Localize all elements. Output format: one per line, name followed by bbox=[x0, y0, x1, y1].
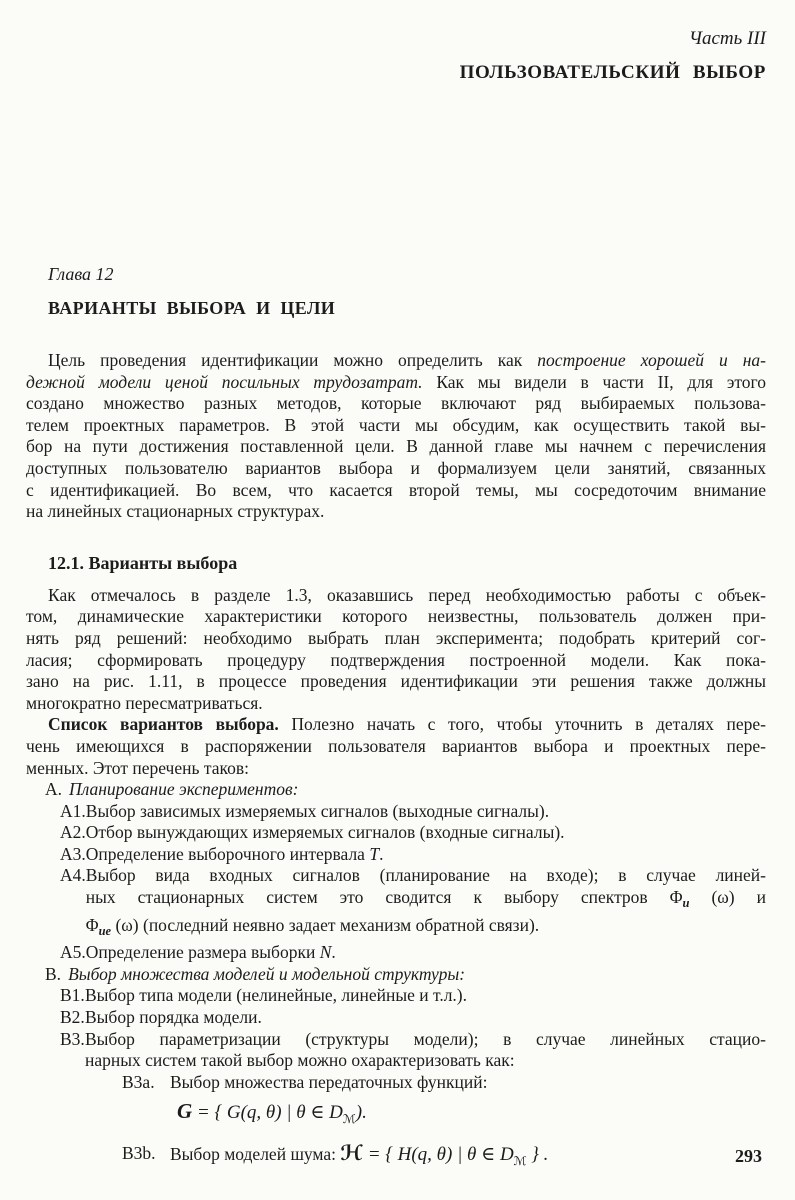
paragraph-line: Цель проведения идентификации можно опре… bbox=[26, 350, 766, 372]
item-text-part: (ω) (последний неявно задает механизм об… bbox=[111, 915, 539, 935]
item-label: А2. bbox=[60, 822, 86, 844]
item-text-part: ных стационарных систем это сводится к в… bbox=[86, 887, 683, 907]
paragraph-line: чень имеющихся в распоряжении пользовате… bbox=[26, 736, 766, 758]
paragraph-line: зано на рис. 1.11, в процессе проведения… bbox=[26, 671, 766, 693]
item-text: Выбор моделей шума: ℋ = { H(q, θ) | θ ∈ … bbox=[170, 1143, 766, 1173]
item-label: В1. bbox=[60, 985, 85, 1007]
paragraph-line: телем проектных параметров. В этой части… bbox=[26, 415, 766, 437]
item-line: ных стационарных систем это сводится к в… bbox=[86, 887, 766, 915]
list-item-a: А.Планирование экспериментов: bbox=[45, 779, 766, 801]
item-text: Выбор зависимых измеряемых сигналов (вых… bbox=[86, 801, 766, 823]
item-line: Выбор вида входных сигналов (планировани… bbox=[86, 865, 766, 887]
item-text: Определение размера выборки N. bbox=[86, 942, 766, 964]
formula-part: { G(q, θ) | θ ∈ D bbox=[215, 1102, 343, 1123]
book-page: Часть III ПОЛЬЗОВАТЕЛЬСКИЙ ВЫБОР Глава 1… bbox=[0, 0, 795, 1200]
choice-list-paragraph: Список вариантов выбора. Полезно начать … bbox=[26, 714, 766, 779]
item-text-part: (ω) и bbox=[689, 887, 766, 907]
item-text: Выбор порядка модели. bbox=[85, 1007, 766, 1029]
item-text-part: . bbox=[331, 942, 335, 962]
page-content: Часть III ПОЛЬЗОВАТЕЛЬСКИЙ ВЫБОР Глава 1… bbox=[26, 0, 766, 1173]
list-item-a3: А3. Определение выборочного интервала T. bbox=[60, 844, 766, 866]
item-text: Выбор типа модели (нелинейные, линейные … bbox=[85, 985, 766, 1007]
item-text: Отбор вынуждающих измеряемых сигналов (в… bbox=[86, 822, 766, 844]
item-line: Φue (ω) (последний неявно задает механиз… bbox=[86, 915, 766, 943]
item-text: Выбор множества передаточных функций: bbox=[170, 1072, 766, 1094]
item-title: Выбор множества моделей и модельной стру… bbox=[68, 964, 465, 984]
formula-part: = bbox=[192, 1102, 214, 1123]
list-item-a1: А1. Выбор зависимых измеряемых сигналов … bbox=[60, 801, 766, 823]
math-var-T: T bbox=[369, 844, 379, 864]
part-title: ПОЛЬЗОВАТЕЛЬСКИЙ ВЫБОР bbox=[26, 60, 766, 86]
item-title: Планирование экспериментов: bbox=[69, 779, 298, 799]
intro-paragraph: Цель проведения идентификации можно опре… bbox=[26, 350, 766, 523]
math-var-N: N bbox=[320, 942, 332, 962]
item-label: В3а. bbox=[122, 1072, 162, 1094]
intro-line2-normal: Как мы видели в части II, для этого bbox=[436, 372, 766, 392]
item-label: В. bbox=[45, 964, 61, 984]
part-label: Часть III bbox=[26, 27, 766, 51]
item-text-part: Выбор моделей шума: bbox=[170, 1144, 340, 1164]
list-item-b: В.Выбор множества моделей и модельной ст… bbox=[45, 964, 766, 986]
formula-part: = bbox=[363, 1144, 385, 1165]
list-item-b3: В3. Выбор параметризации (структуры моде… bbox=[60, 1029, 766, 1072]
chapter-label: Глава 12 bbox=[48, 262, 766, 286]
section-heading: 12.1. Варианты выбора bbox=[48, 552, 766, 574]
paragraph-line: создано множество разных методов, которы… bbox=[26, 393, 766, 415]
item-line: Выбор параметризации (структуры модели);… bbox=[85, 1029, 766, 1051]
item-label: В2. bbox=[60, 1007, 85, 1029]
script-H-symbol: ℋ bbox=[340, 1141, 363, 1165]
list-lead-bold: Список вариантов выбора. bbox=[48, 714, 279, 734]
list-item-a4: А4. Выбор вида входных сигналов (планиро… bbox=[60, 865, 766, 942]
item-label: А5. bbox=[60, 942, 86, 964]
paragraph-line: с идентификацией. Во всем, что касается … bbox=[26, 480, 766, 502]
list-item-a5: А5. Определение размера выборки N. bbox=[60, 942, 766, 964]
paragraph-line: на линейных стационарных структурах. bbox=[26, 501, 766, 523]
intro-line1-italic: построение хорошей и на- bbox=[537, 350, 766, 370]
intro-line2-italic: дежной модели ценой посильных трудозатра… bbox=[26, 372, 423, 392]
chapter-title: ВАРИАНТЫ ВЫБОРА И ЦЕЛИ bbox=[48, 296, 766, 320]
item-line: нарных систем такой выбор можно охаракте… bbox=[85, 1050, 766, 1072]
noise-model-set-formula: ℋ = { H(q, θ) | θ ∈ Dℳ } . bbox=[340, 1144, 548, 1165]
item-label: В3. bbox=[60, 1029, 85, 1072]
script-M-subscript: ℳ bbox=[514, 1154, 527, 1168]
list-item-b3b: В3b. Выбор моделей шума: ℋ = { H(q, θ) |… bbox=[122, 1143, 766, 1173]
formula-part: { H(q, θ) | θ ∈ D bbox=[385, 1144, 513, 1165]
list-lead-rest: Полезно начать с того, чтобы уточнить в … bbox=[291, 714, 766, 734]
list-item-a2: А2. Отбор вынуждающих измеряемых сигнало… bbox=[60, 822, 766, 844]
item-label: В3b. bbox=[122, 1143, 162, 1173]
paragraph-line: дежной модели ценой посильных трудозатра… bbox=[26, 372, 766, 394]
script-G-symbol: G bbox=[177, 1099, 192, 1123]
phi-subscript-ue: ue bbox=[99, 924, 112, 938]
script-M-subscript: ℳ bbox=[343, 1112, 356, 1126]
item-text-part: . bbox=[379, 844, 383, 864]
item-label: А1. bbox=[60, 801, 86, 823]
item-label: А4. bbox=[60, 865, 86, 942]
paragraph-line: Как отмечалось в разделе 1.3, оказавшись… bbox=[26, 585, 766, 607]
phi-symbol: Φ bbox=[86, 915, 99, 935]
page-number: 293 bbox=[735, 1146, 762, 1167]
list-item-b2: В2. Выбор порядка модели. bbox=[60, 1007, 766, 1029]
list-item-b1: В1. Выбор типа модели (нелинейные, линей… bbox=[60, 985, 766, 1007]
item-label: А. bbox=[45, 779, 62, 799]
choices-list: А.Планирование экспериментов: А1. Выбор … bbox=[26, 779, 766, 1173]
paragraph-line: бор на пути достижения поставленной цели… bbox=[26, 436, 766, 458]
item-text-part: Определение размера выборки bbox=[86, 942, 320, 962]
item-text-part: Определение выборочного интервала bbox=[86, 844, 370, 864]
section-paragraph: Как отмечалось в разделе 1.3, оказавшись… bbox=[26, 585, 766, 715]
item-label: А3. bbox=[60, 844, 86, 866]
intro-line1-normal: Цель проведения идентификации можно опре… bbox=[48, 350, 522, 370]
paragraph-line: многократно пересматриваться. bbox=[26, 693, 766, 715]
paragraph-line: Список вариантов выбора. Полезно начать … bbox=[26, 714, 766, 736]
paragraph-line: менных. Этот перечень таков: bbox=[26, 758, 766, 780]
paragraph-line: ласия; сформировать процедуру подтвержде… bbox=[26, 650, 766, 672]
paragraph-line: доступных пользователю вариантов выбора … bbox=[26, 458, 766, 480]
formula-part: ). bbox=[356, 1102, 367, 1123]
item-text: Определение выборочного интервала T. bbox=[86, 844, 766, 866]
paragraph-line: нять ряд решений: необходимо выбрать пла… bbox=[26, 628, 766, 650]
formula-part: } . bbox=[527, 1144, 549, 1165]
paragraph-line: том, динамические характеристики которог… bbox=[26, 606, 766, 628]
list-item-b3a: В3а. Выбор множества передаточных функци… bbox=[122, 1072, 766, 1094]
transfer-function-set-formula: G = { G(q, θ) | θ ∈ Dℳ). bbox=[177, 1098, 766, 1132]
